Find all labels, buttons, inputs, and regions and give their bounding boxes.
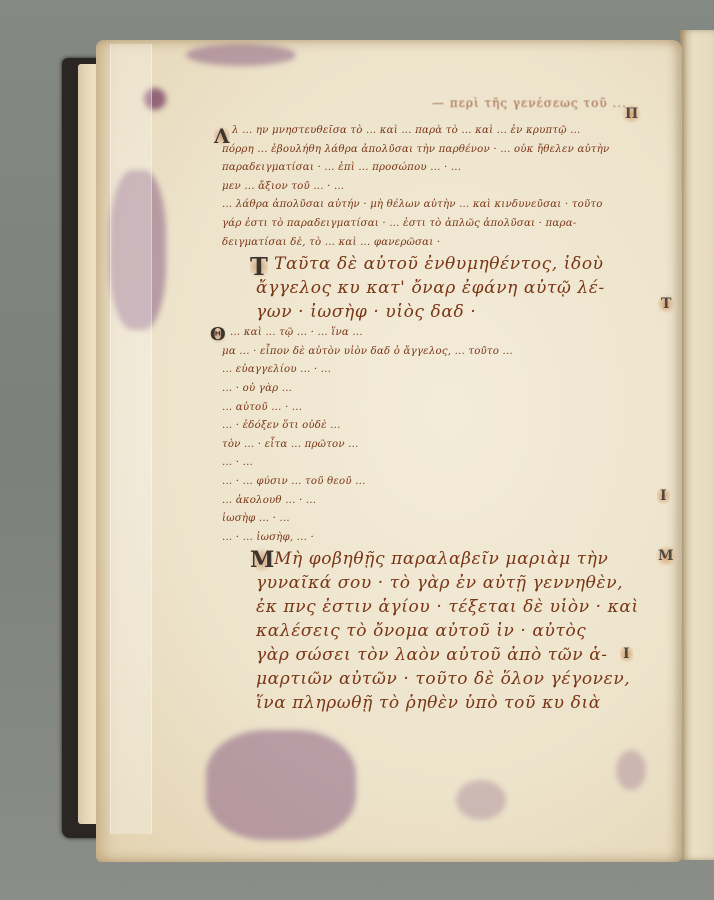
gospel-line: Μὴ φοβηθῇς παραλαβεῖν μαριὰμ τὴν [222,547,666,571]
initial-mu: Μ [250,547,274,573]
commentary-line: ... λάθρα ἀπολῦσαι αὐτήν · μὴ θέλων αὐτὴ… [222,196,666,215]
gospel-line: ἵνα πληρωθῇ τὸ ῥηθὲν ὑπὸ τοῦ κυ διὰ [222,691,666,715]
gospel-line: ἐκ πνς ἐστιν ἁγίου · τέξεται δὲ υἱὸν · κ… [222,595,666,619]
margin-letter: Π [622,104,641,124]
stain [206,730,356,840]
commentary-line: ... · ἐδόξεν ὅτι οὐδὲ ... [222,417,666,436]
commentary-line: ... εὐαγγελίου ... · ... [222,361,666,380]
text-block: Λ λ ... ην μνηστευθεῖσα τὸ ... καὶ ... π… [222,122,666,715]
repair-tape [110,44,152,834]
gospel-line: γων · ἰωσὴφ · υἱὸς δαδ · [222,300,666,324]
margin-letter: Μ [655,546,677,566]
commentary-line: μα ... · εἶπον δὲ αὐτὸν υἱὸν δαδ ὁ ἄγγελ… [222,343,666,362]
commentary-line: ... · οὐ γὰρ ... [222,380,666,399]
commentary-line: δειγματίσαι δὲ, τὸ ... καὶ ... φανερῶσαι… [222,234,666,253]
stain [186,44,296,66]
commentary-line: παραδειγματίσαι · ... ἐπὶ ... προσώπου .… [222,159,666,178]
margin-letter: Ι [657,486,670,506]
commentary-line: ... ἀκολουθ ... · ... [222,492,666,511]
gospel-line: ἄγγελος κυ κατ' ὄναρ ἐφάνη αὐτῷ λέ- [222,276,666,300]
running-head: — περὶ τῆς γενέσεως τοῦ ... [432,96,627,110]
gospel-line: Ταῦτα δὲ αὐτοῦ ἐνθυμηθέντος, ἰδοὺ [222,252,666,276]
commentary-line: ἰωσὴφ ... · ... [222,510,666,529]
commentary-line: ... καὶ ... τῷ ... · ... ἵνα ... [222,324,666,343]
margin-letter: Ι [620,644,633,664]
stain [456,780,506,820]
commentary-line: ... αὐτοῦ ... · ... [222,399,666,418]
margin-letter: Τ [658,294,674,314]
initial-theta: Θ [210,324,226,345]
initial-tau: Τ [250,252,268,281]
initial-lambda: Λ [214,124,230,148]
commentary-line: ... · ... ἰωσὴφ, ... · [222,529,666,548]
commentary-line: μεν ... ἄξιον τοῦ ... · ... [222,178,666,197]
gospel-line: γὰρ σώσει τὸν λαὸν αὐτοῦ ἀπὸ τῶν ἁ- [222,643,666,667]
commentary-line: γάρ ἐστι τὸ παραδειγματίσαι · ... ἐστι τ… [222,215,666,234]
gospel-line: καλέσεις τὸ ὄνομα αὐτοῦ ἰν · αὐτὸς [222,619,666,643]
commentary-line: πόρρη ... ἐβουλήθη λάθρα ἀπολῦσαι τὴν πα… [222,141,666,160]
commentary-line: τὸν ... · εἶτα ... πρῶτον ... [222,436,666,455]
stain [616,750,646,790]
commentary-line: ... · ... [222,454,666,473]
commentary-line: ... · ... φύσιν ... τοῦ θεοῦ ... [222,473,666,492]
commentary-line: λ ... ην μνηστευθεῖσα τὸ ... καὶ ... παρ… [222,122,666,141]
gospel-line: μαρτιῶν αὐτῶν · τοῦτο δὲ ὅλον γέγονεν, [222,667,666,691]
gospel-line: γυναῖκά σου · τὸ γὰρ ἐν αὐτῇ γεννηθὲν, [222,571,666,595]
facing-page [680,30,714,860]
